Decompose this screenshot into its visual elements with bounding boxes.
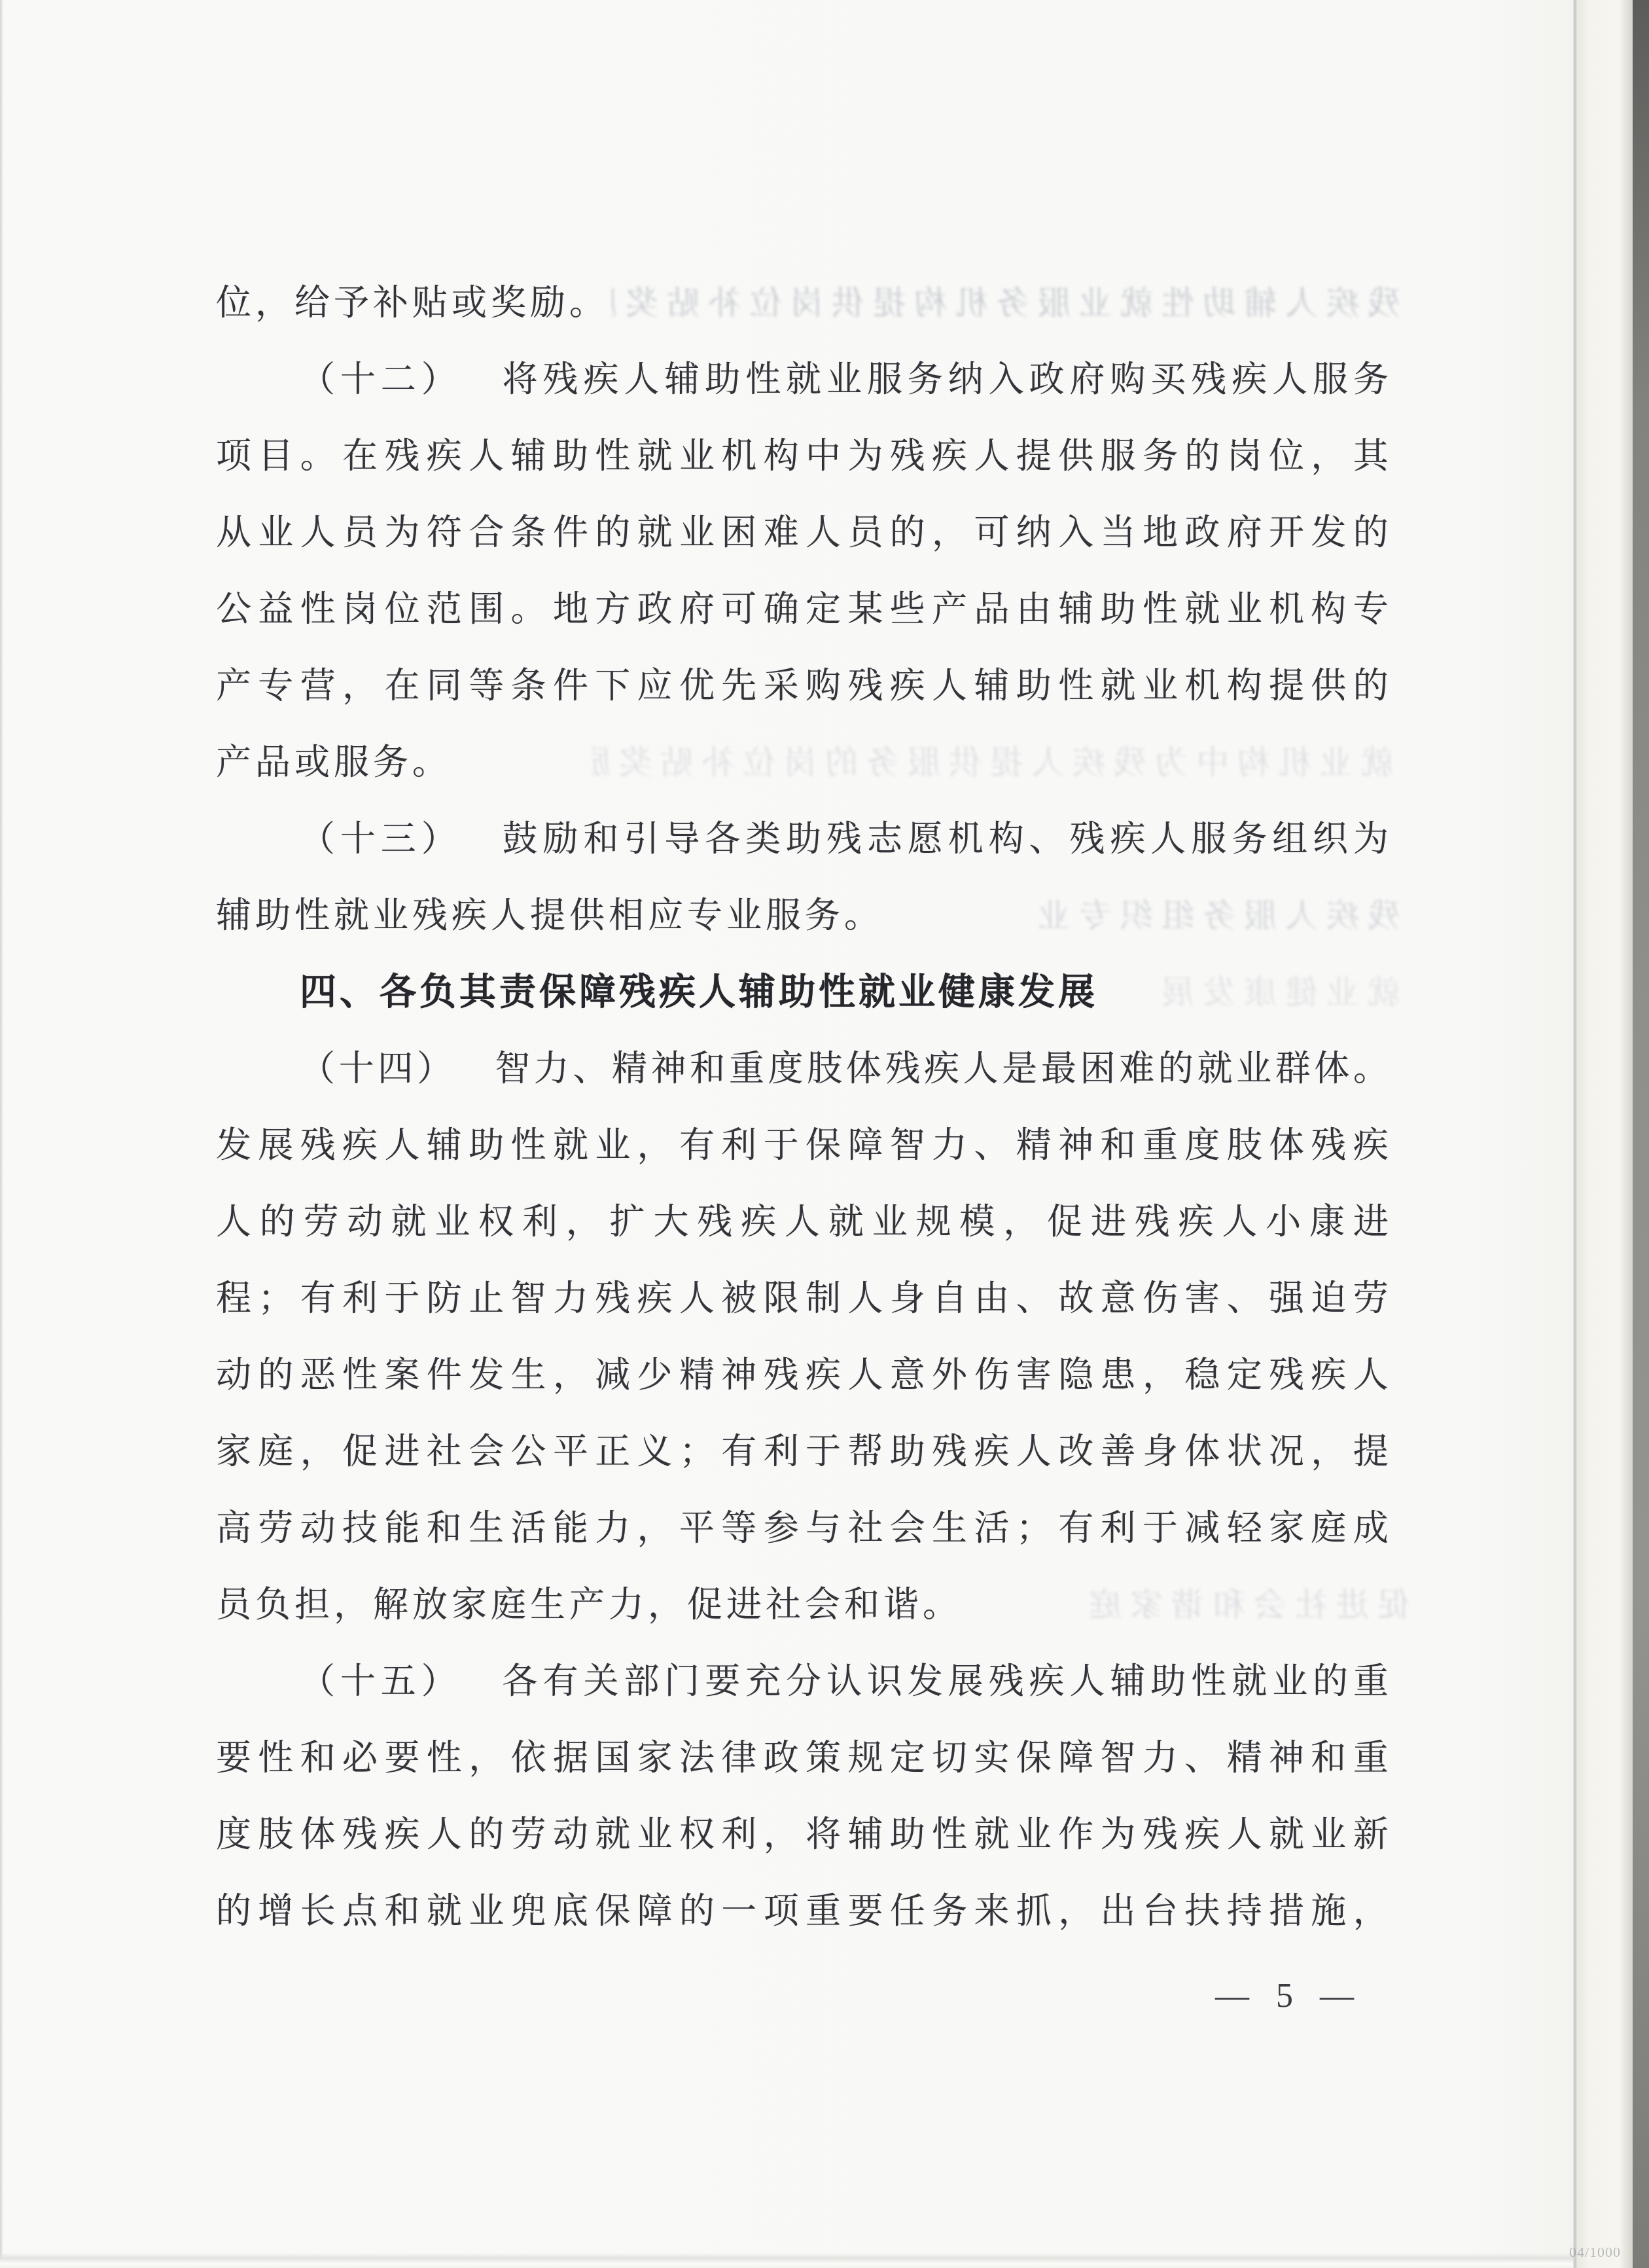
text-line: 人的劳动就业权利，扩大残疾人就业规模，促进残疾人小康进	[216, 1184, 1389, 1261]
text-line: 发展残疾人辅助性就业，有利于保障智力、精神和重度肢体残疾	[216, 1107, 1389, 1184]
text-line: 位，给予补贴或奖励。	[216, 265, 1389, 342]
text-line: 要性和必要性，依据国家法律政策规定切实保障智力、精神和重	[216, 1720, 1389, 1797]
paper-bottom-edge	[0, 2253, 1574, 2268]
scan-artifact: 04/1000	[1569, 2244, 1621, 2261]
text-line: （十五） 各有关部门要充分认识发展残疾人辅助性就业的重	[216, 1644, 1389, 1720]
underlying-sheet	[1578, 0, 1633, 2268]
text-line: （十三） 鼓励和引导各类助残志愿机构、残疾人服务组织为	[216, 801, 1389, 878]
text-line: 产品或服务。	[216, 725, 1389, 801]
text-line: 产专营，在同等条件下应优先采购残疾人辅助性就业机构提供的	[216, 648, 1389, 725]
text-line: 员负担，解放家庭生产力，促进社会和谐。	[216, 1567, 1389, 1644]
text-line: （十二） 将残疾人辅助性就业服务纳入政府购买残疾人服务	[216, 342, 1389, 418]
paper-left-edge	[0, 0, 3, 2268]
document-body-text: 位，给予补贴或奖励。（十二） 将残疾人辅助性就业服务纳入政府购买残疾人服务项目。…	[216, 265, 1389, 1950]
text-line: 的增长点和就业兜底保障的一项重要任务来抓，出台扶持措施，	[216, 1873, 1389, 1950]
text-line: 高劳动技能和生活能力，平等参与社会生活；有利于减轻家庭成	[216, 1490, 1389, 1567]
text-line: 度肢体残疾人的劳动就业权利，将辅助性就业作为残疾人就业新	[216, 1797, 1389, 1873]
section-heading: 四、各负其责保障残疾人辅助性就业健康发展	[216, 954, 1389, 1031]
text-line: 从业人员为符合条件的就业困难人员的，可纳入当地政府开发的	[216, 495, 1389, 571]
document-paper: 位，给予补贴或奖励。（十二） 将残疾人辅助性就业服务纳入政府购买残疾人服务项目。…	[0, 0, 1574, 2268]
text-line: 动的恶性案件发生，减少精神残疾人意外伤害隐患，稳定残疾人	[216, 1337, 1389, 1414]
text-line: （十四） 智力、精神和重度肢体残疾人是最困难的就业群体。	[216, 1031, 1389, 1107]
text-line: 项目。在残疾人辅助性就业机构中为残疾人提供服务的岗位，其	[216, 418, 1389, 495]
text-line: 程；有利于防止智力残疾人被限制人身自由、故意伤害、强迫劳	[216, 1261, 1389, 1337]
text-line: 辅助性就业残疾人提供相应专业服务。	[216, 878, 1389, 954]
scanner-background-strip	[1633, 0, 1649, 2268]
scanned-document-page: 位，给予补贴或奖励。（十二） 将残疾人辅助性就业服务纳入政府购买残疾人服务项目。…	[0, 0, 1649, 2268]
page-number: — 5 —	[1204, 1960, 1374, 2032]
text-line: 家庭，促进社会公平正义；有利于帮助残疾人改善身体状况，提	[216, 1414, 1389, 1490]
text-line: 公益性岗位范围。地方政府可确定某些产品由辅助性就业机构专	[216, 571, 1389, 648]
page-right-edge	[1573, 0, 1578, 2268]
